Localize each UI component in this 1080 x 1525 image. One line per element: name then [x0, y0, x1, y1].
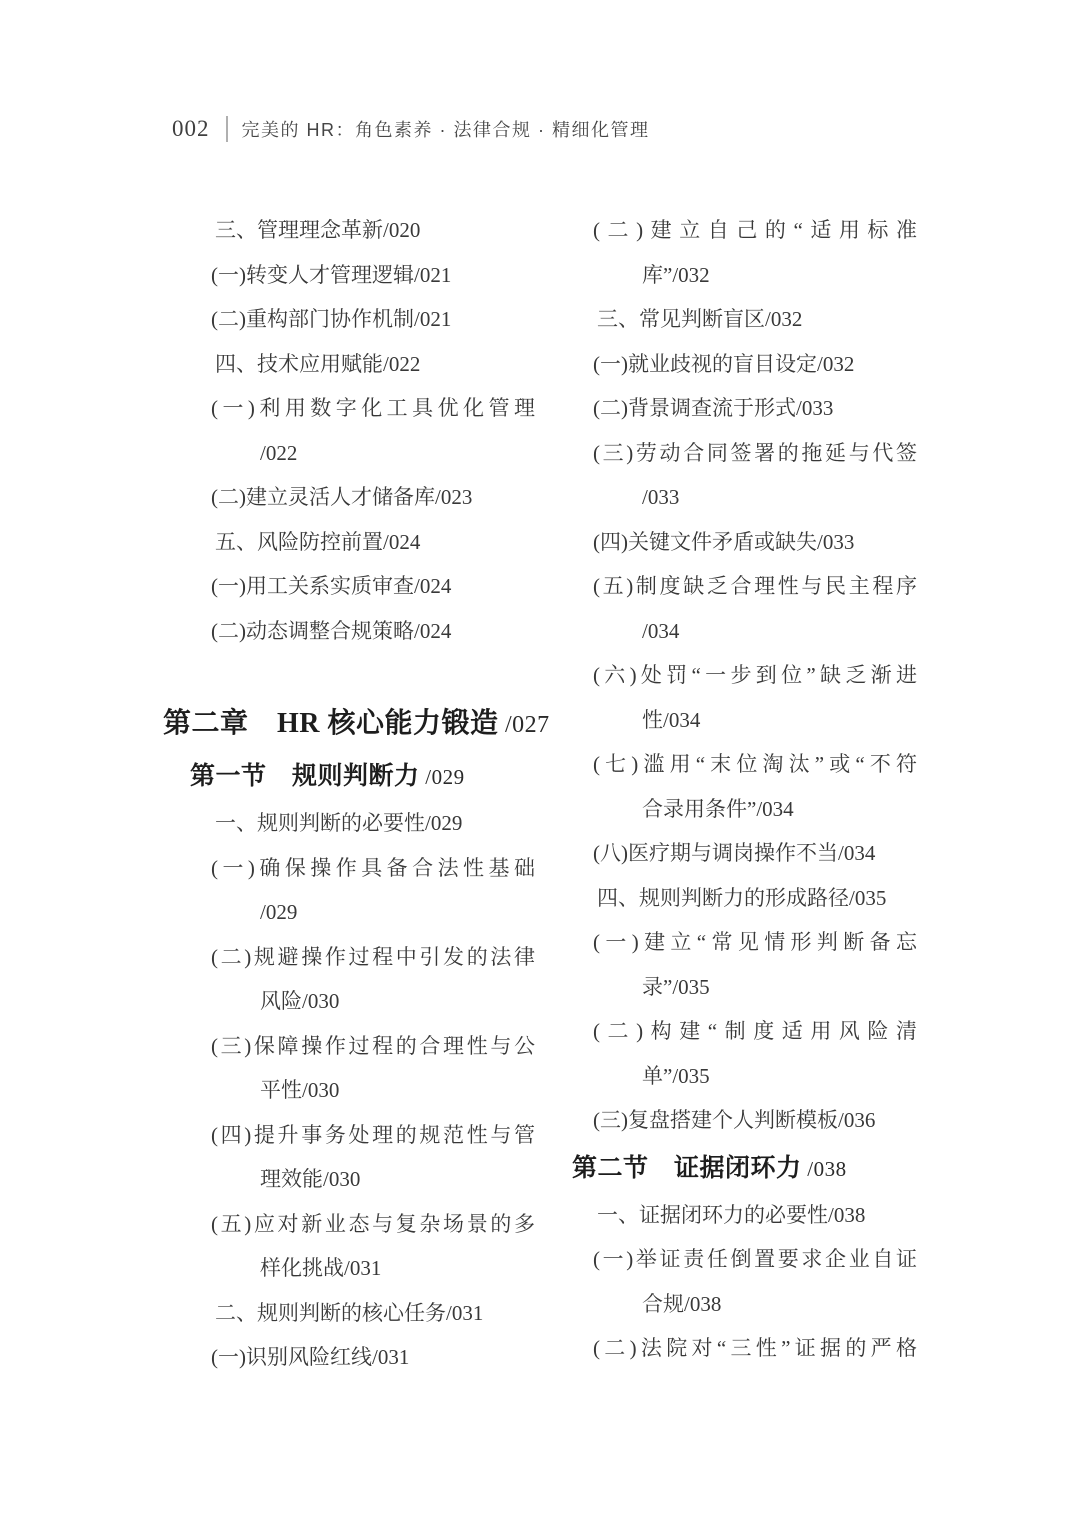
toc-entry-text: (五)应对新业态与复杂场景的多: [211, 1212, 535, 1236]
toc-entry-text: (二)构建“制度适用风险清: [593, 1019, 917, 1043]
toc-column-right: (二)建立自己的“适用标准库”/032三、常见判断盲区/032(一)就业歧视的盲…: [545, 208, 917, 1371]
toc-entry-text: 五、风险防控前置/024: [215, 530, 420, 554]
toc-entry-text: (二)动态调整合规策略/024: [211, 619, 451, 643]
toc-entry-text: 第二章 HR 核心能力锻造: [163, 708, 499, 739]
toc-entry-text: 合规/038: [642, 1292, 721, 1316]
toc-entry-page-number: /029: [420, 765, 465, 789]
toc-entry-text: (一)识别风险红线/031: [211, 1345, 409, 1369]
right-toc-line-17: (一)建立“常见情形判断备忘: [545, 920, 917, 965]
toc-entry-text: 四、规则判断力的形成路径/035: [597, 886, 886, 910]
toc-entry-text: /022: [260, 441, 297, 465]
toc-entry-page-number: /038: [802, 1157, 847, 1181]
toc-entry-text: 二、规则判断的核心任务/031: [215, 1301, 483, 1325]
toc-entry-text: 一、证据闭环力的必要性/038: [597, 1203, 865, 1227]
toc-entry-text: (四)关键文件矛盾或缺失/033: [593, 530, 854, 554]
toc-entry-text: (二)规避操作过程中引发的法律: [211, 945, 535, 969]
toc-entry-text: 样化挑战/031: [260, 1256, 381, 1280]
toc-entry-text: 性/034: [642, 708, 700, 732]
left-toc-line-24: 二、规则判断的核心任务/031: [163, 1291, 535, 1336]
toc-entry-text: (一)就业歧视的盲目设定/032: [593, 352, 854, 376]
toc-entry-text: (五)制度缺乏合理性与民主程序: [593, 574, 917, 598]
left-toc-line-6: /022: [163, 431, 535, 476]
toc-entry-text: (二)法院对“三性”证据的严格: [593, 1336, 917, 1360]
toc-entry-text: (七)滥用“末位淘汰”或“不符: [593, 752, 917, 776]
left-toc-line-7: (二)建立灵活人才储备库/023: [163, 475, 535, 520]
toc-entry-text: /034: [642, 619, 679, 643]
right-toc-line-6: (三)劳动合同签署的拖延与代签: [545, 431, 917, 476]
left-toc-line-18: (三)保障操作过程的合理性与公: [163, 1024, 535, 1069]
right-toc-line-20: 单”/035: [545, 1054, 917, 1099]
header-divider-rule: [226, 116, 228, 142]
toc-entry-text: 理效能/030: [260, 1167, 360, 1191]
right-toc-line-1: (二)建立自己的“适用标准: [545, 208, 917, 253]
toc-entry-text: (二)建立自己的“适用标准: [593, 218, 917, 242]
right-toc-line-10: /034: [545, 609, 917, 654]
book-toc-page: 002 完美的 HR：角色素养 · 法律合规 · 精细化管理 三、管理理念革新/…: [0, 0, 1080, 1525]
right-toc-line-22: 第二节 证据闭环力 /038: [545, 1145, 917, 1193]
right-toc-line-8: (四)关键文件矛盾或缺失/033: [545, 520, 917, 565]
right-toc-line-26: (二)法院对“三性”证据的严格: [545, 1326, 917, 1371]
toc-entry-text: 库”/032: [642, 263, 710, 287]
toc-entry-text: (四)提升事务处理的规范性与管: [211, 1123, 535, 1147]
toc-entry-text: (二)建立灵活人才储备库/023: [211, 485, 472, 509]
right-toc-line-25: 合规/038: [545, 1282, 917, 1327]
right-toc-line-15: (八)医疗期与调岗操作不当/034: [545, 831, 917, 876]
right-toc-line-7: /033: [545, 475, 917, 520]
left-toc-line-4: 四、技术应用赋能/022: [163, 342, 535, 387]
toc-entry-text: (一)建立“常见情形判断备忘: [593, 930, 917, 954]
left-toc-line-20: (四)提升事务处理的规范性与管: [163, 1113, 535, 1158]
toc-entry-text: 三、管理理念革新/020: [215, 218, 420, 242]
left-toc-line-17: 风险/030: [163, 979, 535, 1024]
toc-entry-text: (一)用工关系实质审查/024: [211, 574, 451, 598]
right-toc-line-9: (五)制度缺乏合理性与民主程序: [545, 564, 917, 609]
right-toc-line-21: (三)复盘搭建个人判断模板/036: [545, 1098, 917, 1143]
right-toc-line-11: (六)处罚“一步到位”缺乏渐进: [545, 653, 917, 698]
left-toc-line-1: 三、管理理念革新/020: [163, 208, 535, 253]
toc-entry-text: 第一节 规则判断力: [190, 763, 420, 790]
left-toc-line-10: (二)动态调整合规策略/024: [163, 609, 535, 654]
toc-entry-text: (一)确保操作具备合法性基础: [211, 856, 535, 880]
right-toc-line-13: (七)滥用“末位淘汰”或“不符: [545, 742, 917, 787]
toc-entry-text: (一)举证责任倒置要求企业自证: [593, 1247, 917, 1271]
right-toc-line-23: 一、证据闭环力的必要性/038: [545, 1193, 917, 1238]
left-toc-line-21: 理效能/030: [163, 1157, 535, 1202]
left-toc-line-11: 第二章 HR 核心能力锻造 /027: [163, 695, 535, 753]
toc-entry-text: 单”/035: [642, 1064, 710, 1088]
right-toc-line-16: 四、规则判断力的形成路径/035: [545, 876, 917, 921]
right-toc-line-4: (一)就业歧视的盲目设定/032: [545, 342, 917, 387]
right-toc-line-12: 性/034: [545, 698, 917, 743]
left-toc-line-12: 第一节 规则判断力 /029: [163, 753, 535, 801]
toc-entry-text: (三)复盘搭建个人判断模板/036: [593, 1108, 875, 1132]
toc-entry-text: (八)医疗期与调岗操作不当/034: [593, 841, 875, 865]
left-toc-line-22: (五)应对新业态与复杂场景的多: [163, 1202, 535, 1247]
right-toc-line-5: (二)背景调查流于形式/033: [545, 386, 917, 431]
left-toc-line-25: (一)识别风险红线/031: [163, 1335, 535, 1380]
toc-entry-text: (三)劳动合同签署的拖延与代签: [593, 441, 917, 465]
right-toc-line-18: 录”/035: [545, 965, 917, 1010]
header-page-number: 002: [172, 116, 210, 142]
toc-entry-text: /029: [260, 900, 297, 924]
right-toc-line-14: 合录用条件”/034: [545, 787, 917, 832]
left-toc-line-23: 样化挑战/031: [163, 1246, 535, 1291]
left-toc-line-8: 五、风险防控前置/024: [163, 520, 535, 565]
toc-entry-text: 第二节 证据闭环力: [572, 1155, 802, 1182]
running-header: 002 完美的 HR：角色素养 · 法律合规 · 精细化管理: [172, 116, 650, 142]
toc-entry-text: (三)保障操作过程的合理性与公: [211, 1034, 535, 1058]
toc-entry-text: 合录用条件”/034: [642, 797, 794, 821]
left-toc-line-9: (一)用工关系实质审查/024: [163, 564, 535, 609]
right-toc-line-3: 三、常见判断盲区/032: [545, 297, 917, 342]
toc-entry-text: 风险/030: [260, 989, 339, 1013]
left-toc-line-5: (一)利用数字化工具优化管理: [163, 386, 535, 431]
toc-entry-text: 平性/030: [260, 1078, 339, 1102]
toc-column-left: 三、管理理念革新/020(一)转变人才管理逻辑/021(二)重构部门协作机制/0…: [163, 208, 535, 1380]
toc-entry-text: (一)转变人才管理逻辑/021: [211, 263, 451, 287]
header-book-title: 完美的 HR：角色素养 · 法律合规 · 精细化管理: [242, 116, 650, 142]
right-toc-line-24: (一)举证责任倒置要求企业自证: [545, 1237, 917, 1282]
right-toc-line-19: (二)构建“制度适用风险清: [545, 1009, 917, 1054]
toc-entry-text: (二)重构部门协作机制/021: [211, 307, 451, 331]
toc-entry-text: 三、常见判断盲区/032: [597, 307, 802, 331]
toc-entry-text: (六)处罚“一步到位”缺乏渐进: [593, 663, 917, 687]
left-toc-line-13: 一、规则判断的必要性/029: [163, 801, 535, 846]
toc-entry-text: /033: [642, 485, 679, 509]
toc-entry-text: 录”/035: [642, 975, 710, 999]
right-toc-line-2: 库”/032: [545, 253, 917, 298]
toc-entry-text: (一)利用数字化工具优化管理: [211, 396, 535, 420]
left-toc-line-19: 平性/030: [163, 1068, 535, 1113]
left-toc-line-14: (一)确保操作具备合法性基础: [163, 846, 535, 891]
left-toc-line-2: (一)转变人才管理逻辑/021: [163, 253, 535, 298]
left-toc-line-16: (二)规避操作过程中引发的法律: [163, 935, 535, 980]
toc-entry-text: 一、规则判断的必要性/029: [215, 811, 462, 835]
toc-entry-page-number: /027: [499, 712, 550, 738]
toc-entry-text: (二)背景调查流于形式/033: [593, 396, 833, 420]
left-toc-line-15: /029: [163, 890, 535, 935]
left-toc-line-3: (二)重构部门协作机制/021: [163, 297, 535, 342]
toc-entry-text: 四、技术应用赋能/022: [215, 352, 420, 376]
